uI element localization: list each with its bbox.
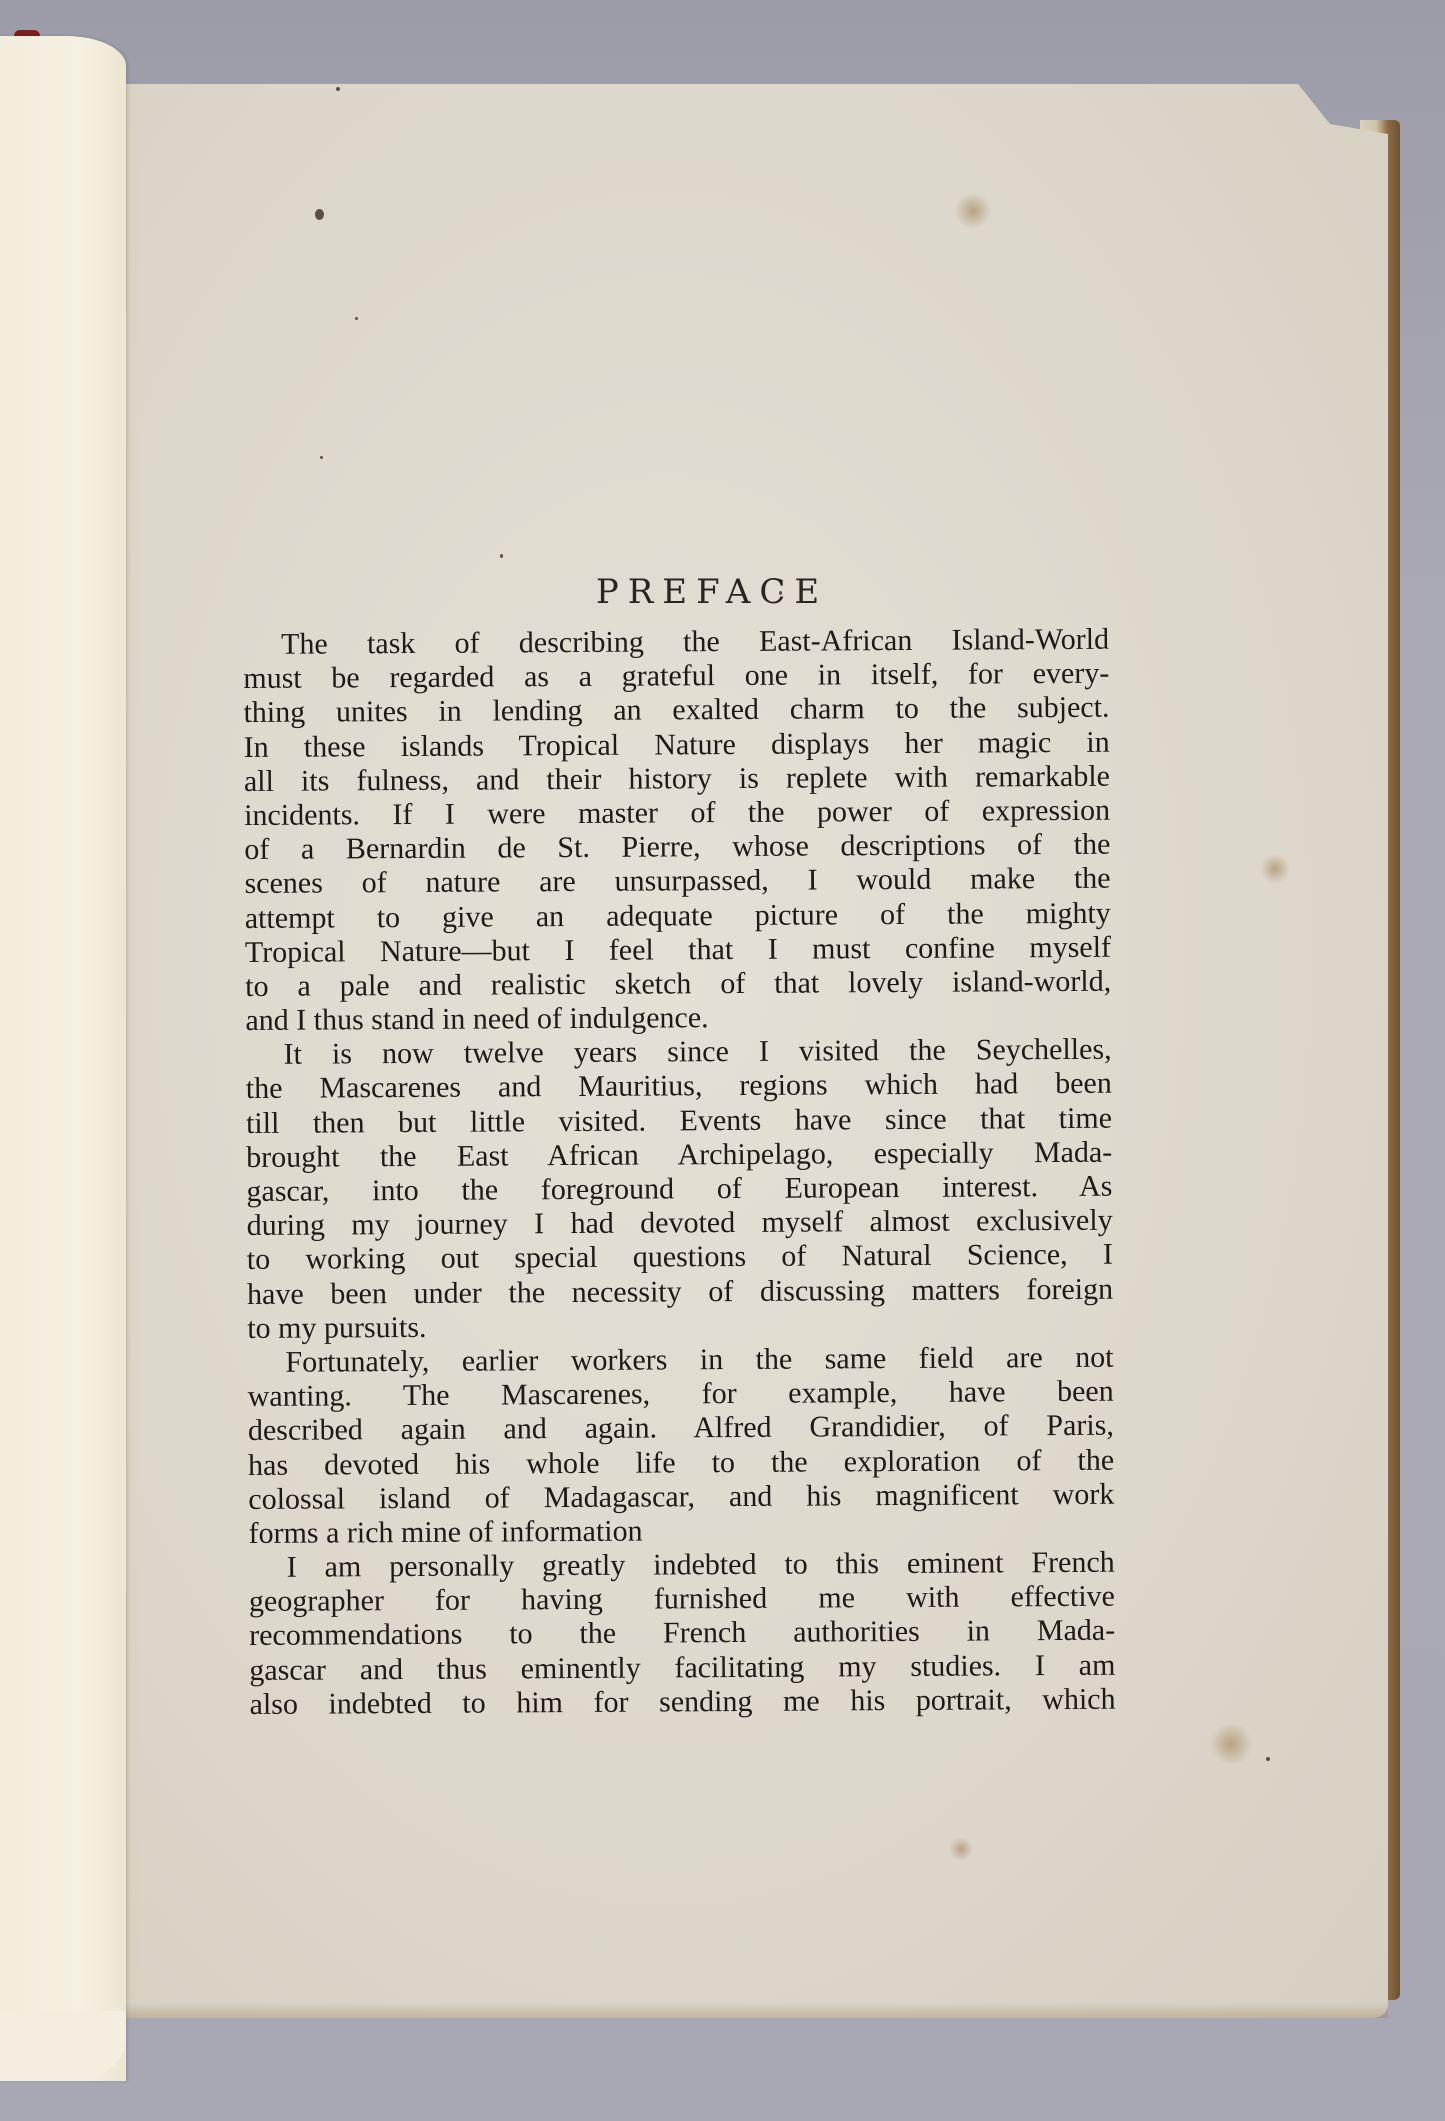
text-line: till then but little visited. Events hav… [246, 1101, 1112, 1140]
foxing-stain [950, 1836, 972, 1862]
page-heading: PREFACE [58, 572, 1366, 612]
text-line: incidents. If I were master of the power… [244, 794, 1110, 833]
text-line: has devoted his whole life to the explor… [248, 1443, 1114, 1482]
text-line: to my pursuits. [247, 1306, 1113, 1345]
text-line: brought the East African Archipelago, es… [246, 1136, 1112, 1175]
facing-page-left [0, 36, 126, 2081]
text-line: geographer for having furnished me with … [249, 1580, 1115, 1619]
foxing-stain [1260, 854, 1290, 884]
ink-speck [500, 554, 503, 558]
text-line: and I thus stand in need of indulgence. [245, 999, 1111, 1038]
text-line: Tropical Nature—but I feel that I must c… [245, 930, 1111, 969]
text-line: to working out special questions of Natu… [247, 1238, 1113, 1277]
text-line: attempt to give an adequate picture of t… [245, 896, 1111, 935]
text-line: described again and again. Alfred Grandi… [248, 1409, 1114, 1448]
foxing-stain [1208, 1724, 1254, 1764]
ink-speck [1266, 1757, 1270, 1761]
foxing-stain [953, 194, 993, 228]
text-line: to a pale and realistic sketch of that l… [245, 965, 1111, 1004]
preface-body: The task of describing the East-African … [243, 623, 1116, 1722]
ink-speck [320, 456, 323, 459]
text-line: gascar, into the foreground of European … [246, 1170, 1112, 1209]
text-line: wanting. The Mascarenes, for example, ha… [248, 1375, 1114, 1414]
text-line: gascar and thus eminently facilitating m… [249, 1648, 1115, 1687]
text-line: during my journey I had devoted myself a… [247, 1204, 1113, 1243]
text-line: recommendations to the French authoritie… [249, 1614, 1115, 1653]
ink-speck [336, 87, 340, 91]
text-line: scenes of nature are unsurpassed, I woul… [244, 862, 1110, 901]
text-line: must be regarded as a grateful one in it… [243, 657, 1109, 696]
photo-scene: PREFACE The task of describing the East-… [0, 0, 1445, 2121]
text-line: I am personally greatly indebted to this… [249, 1546, 1115, 1585]
text-line: have been under the necessity of discuss… [247, 1272, 1113, 1311]
text-line: It is now twelve years since I visited t… [246, 1033, 1112, 1072]
text-line: colossal island of Madagascar, and his m… [248, 1477, 1114, 1516]
ink-speck [355, 317, 358, 320]
ink-speck [315, 209, 324, 220]
text-line: also indebted to him for sending me his … [249, 1683, 1115, 1722]
text-line: In these islands Tropical Nature display… [244, 725, 1110, 764]
text-line: all its fulness, and their history is re… [244, 759, 1110, 798]
text-line: The task of describing the East-African … [243, 623, 1109, 662]
text-line: Fortunately, earlier workers in the same… [247, 1341, 1113, 1380]
text-line: the Mascarenes and Mauritius, regions wh… [246, 1067, 1112, 1106]
text-line: forms a rich mine of information [248, 1512, 1114, 1551]
text-line: thing unites in lending an exalted charm… [243, 691, 1109, 730]
text-line: of a Bernardin de St. Pierre, whose desc… [244, 828, 1110, 867]
